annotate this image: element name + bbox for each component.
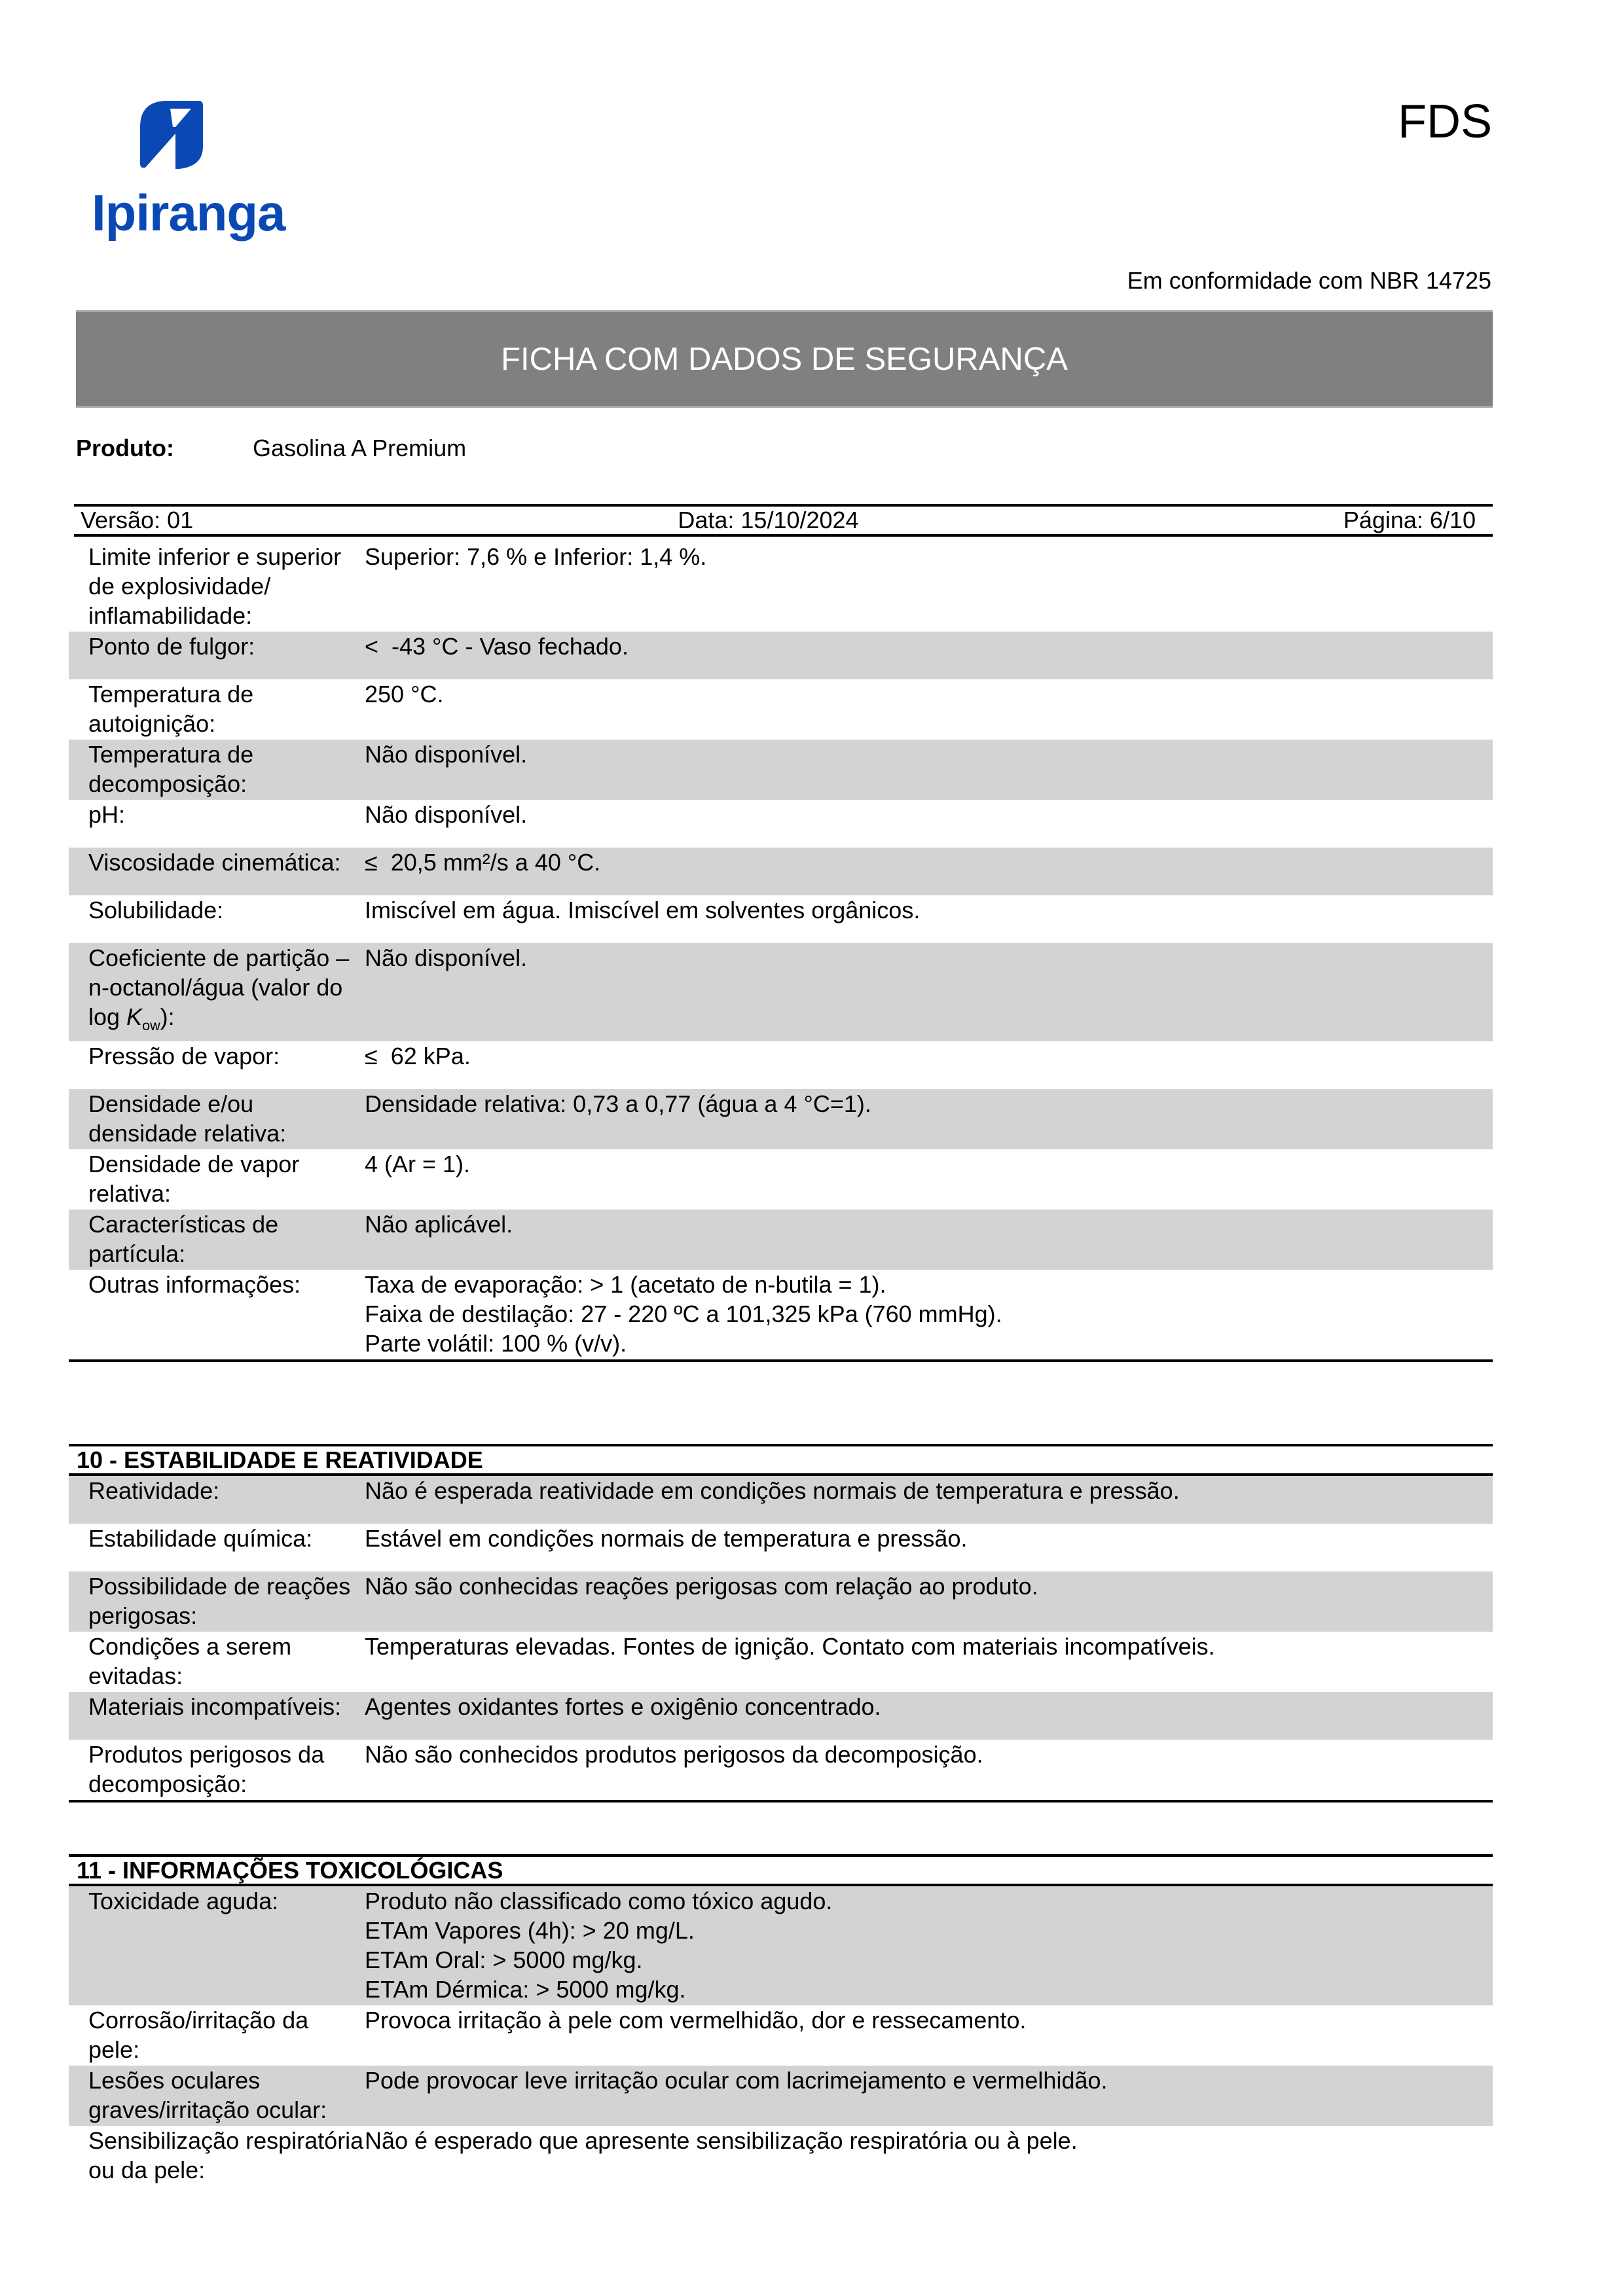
- property-label: Temperatura de autoignição:: [69, 679, 365, 738]
- property-label: Materiais incompatíveis:: [69, 1692, 365, 1721]
- property-value: ≤ 62 kPa.: [365, 1041, 1493, 1071]
- property-label: Lesões oculares graves/irritação ocular:: [69, 2066, 365, 2125]
- property-row: Densidade de vapor relativa:4 (Ar = 1).: [69, 1149, 1493, 1210]
- property-value: 4 (Ar = 1).: [365, 1149, 1493, 1208]
- property-label: Ponto de fulgor:: [69, 632, 365, 661]
- property-label: Produtos perigosos da decomposição:: [69, 1740, 365, 1799]
- property-row: Outras informações:Taxa de evaporação: >…: [69, 1270, 1493, 1359]
- property-value-line: Agentes oxidantes fortes e oxigênio conc…: [365, 1692, 1493, 1721]
- property-value: Taxa de evaporação: > 1 (acetato de n-bu…: [365, 1270, 1493, 1358]
- page-number: Página: 6/10: [1343, 507, 1476, 534]
- section-9-rows: Limite inferior e superior de explosivid…: [69, 542, 1493, 1362]
- property-value-line: Não é esperada reatividade em condições …: [365, 1476, 1493, 1505]
- property-row: Sensibilização respiratória ou da pele:N…: [69, 2126, 1493, 2186]
- property-value-line: ETAm Oral: > 5000 mg/kg.: [365, 1945, 1493, 1975]
- property-value-line: ≤ 20,5 mm²/s a 40 °C.: [365, 848, 1493, 877]
- property-value-line: Imiscível em água. Imiscível em solvente…: [365, 895, 1493, 925]
- property-value: Superior: 7,6 % e Inferior: 1,4 %.: [365, 542, 1493, 630]
- property-row: Reatividade:Não é esperada reatividade e…: [69, 1476, 1493, 1524]
- property-value-line: < -43 °C - Vaso fechado.: [365, 632, 1493, 661]
- ipiranga-logo: Ipiranga: [85, 98, 262, 249]
- property-value: Não são conhecidos produtos perigosos da…: [365, 1740, 1493, 1799]
- property-value: Não é esperado que apresente sensibiliza…: [365, 2126, 1493, 2185]
- property-row: Características de partícula:Não aplicáv…: [69, 1210, 1493, 1270]
- property-row: Possibilidade de reações perigosas:Não s…: [69, 1571, 1493, 1632]
- section-10-stability-reactivity: 10 - ESTABILIDADE E REATIVIDADE Reativid…: [69, 1444, 1493, 1803]
- property-label: Coeficiente de partição – n-octanol/água…: [69, 943, 365, 1040]
- property-value-line: Produto não classificado como tóxico agu…: [365, 1886, 1493, 1916]
- property-value-line: ETAm Dérmica: > 5000 mg/kg.: [365, 1975, 1493, 2004]
- property-row: Estabilidade química:Estável em condiçõe…: [69, 1524, 1493, 1571]
- property-label: Densidade e/ou densidade relativa:: [69, 1089, 365, 1148]
- property-label: Limite inferior e superior de explosivid…: [69, 542, 365, 630]
- property-label: Densidade de vapor relativa:: [69, 1149, 365, 1208]
- brand-name: Ipiranga: [92, 183, 285, 243]
- property-value-line: Faixa de destilação: 27 - 220 ºC a 101,3…: [365, 1299, 1493, 1329]
- product-value: Gasolina A Premium: [253, 435, 466, 461]
- property-label: Outras informações:: [69, 1270, 365, 1358]
- property-label: Toxicidade aguda:: [69, 1886, 365, 2004]
- property-value: ≤ 20,5 mm²/s a 40 °C.: [365, 848, 1493, 877]
- document-meta-bar: Versão: 01 Data: 15/10/2024 Página: 6/10: [74, 504, 1493, 537]
- property-row: Produtos perigosos da decomposição:Não s…: [69, 1740, 1493, 1800]
- property-row: Toxicidade aguda:Produto não classificad…: [69, 1886, 1493, 2005]
- property-label: Viscosidade cinemática:: [69, 848, 365, 877]
- product-label: Produto:: [76, 435, 253, 462]
- conformity-note: Em conformidade com NBR 14725: [1127, 267, 1491, 295]
- property-value-line: 4 (Ar = 1).: [365, 1149, 1493, 1179]
- section-11-title: 11 - INFORMAÇÕES TOXICOLÓGICAS: [69, 1854, 1493, 1886]
- property-label: Características de partícula:: [69, 1210, 365, 1268]
- property-row: Pressão de vapor:≤ 62 kPa.: [69, 1041, 1493, 1089]
- section-11-toxicological: 11 - INFORMAÇÕES TOXICOLÓGICAS Toxicidad…: [69, 1854, 1493, 2186]
- property-label: pH:: [69, 800, 365, 829]
- property-value: Não disponível.: [365, 800, 1493, 829]
- doc-code: FDS: [1398, 95, 1492, 149]
- property-value-line: ETAm Vapores (4h): > 20 mg/L.: [365, 1916, 1493, 1945]
- property-value-line: Não disponível.: [365, 943, 1493, 973]
- property-row: Ponto de fulgor:< -43 °C - Vaso fechado.: [69, 632, 1493, 679]
- property-value: Imiscível em água. Imiscível em solvente…: [365, 895, 1493, 925]
- product-line: Produto:Gasolina A Premium: [76, 435, 466, 462]
- property-value-line: Não disponível.: [365, 740, 1493, 769]
- property-value: Densidade relativa: 0,73 a 0,77 (água a …: [365, 1089, 1493, 1148]
- section-9-physical-chemical: Limite inferior e superior de explosivid…: [69, 542, 1493, 1362]
- property-value-line: ≤ 62 kPa.: [365, 1041, 1493, 1071]
- property-label: Possibilidade de reações perigosas:: [69, 1571, 365, 1630]
- property-value: Agentes oxidantes fortes e oxigênio conc…: [365, 1692, 1493, 1721]
- section-10-rows: Reatividade:Não é esperada reatividade e…: [69, 1476, 1493, 1803]
- property-label: Reatividade:: [69, 1476, 365, 1505]
- property-label: Sensibilização respiratória ou da pele:: [69, 2126, 365, 2185]
- property-value-line: Temperaturas elevadas. Fontes de ignição…: [365, 1632, 1493, 1661]
- property-row: Solubilidade:Imiscível em água. Imiscíve…: [69, 895, 1493, 943]
- property-value: Temperaturas elevadas. Fontes de ignição…: [365, 1632, 1493, 1691]
- property-value: Produto não classificado como tóxico agu…: [365, 1886, 1493, 2004]
- property-value-line: Parte volátil: 100 % (v/v).: [365, 1329, 1493, 1358]
- property-value: 250 °C.: [365, 679, 1493, 738]
- property-row: Condições a serem evitadas:Temperaturas …: [69, 1632, 1493, 1692]
- section-11-rows: Toxicidade aguda:Produto não classificad…: [69, 1886, 1493, 2186]
- property-label: Condições a serem evitadas:: [69, 1632, 365, 1691]
- property-label: Solubilidade:: [69, 895, 365, 925]
- property-value: Não é esperada reatividade em condições …: [365, 1476, 1493, 1505]
- property-row: Viscosidade cinemática:≤ 20,5 mm²/s a 40…: [69, 848, 1493, 895]
- property-row: Temperatura de decomposição:Não disponív…: [69, 740, 1493, 800]
- property-value-line: Não são conhecidas reações perigosas com…: [365, 1571, 1493, 1601]
- property-value: Não disponível.: [365, 740, 1493, 798]
- property-row: Limite inferior e superior de explosivid…: [69, 542, 1493, 632]
- property-value-line: Provoca irritação à pele com vermelhidão…: [365, 2005, 1493, 2035]
- property-value: Não são conhecidas reações perigosas com…: [365, 1571, 1493, 1630]
- property-value: Não disponível.: [365, 943, 1493, 1040]
- property-value: < -43 °C - Vaso fechado.: [365, 632, 1493, 661]
- property-label: Corrosão/irritação da pele:: [69, 2005, 365, 2064]
- version: Versão: 01: [81, 507, 193, 534]
- ipiranga-logo-mark-icon: [139, 101, 204, 169]
- document-title: FICHA COM DADOS DE SEGURANÇA: [501, 341, 1068, 378]
- property-label: Estabilidade química:: [69, 1524, 365, 1553]
- property-label: Pressão de vapor:: [69, 1041, 365, 1071]
- property-value-line: Estável em condições normais de temperat…: [365, 1524, 1493, 1553]
- property-value: Não aplicável.: [365, 1210, 1493, 1268]
- property-row: Materiais incompatíveis:Agentes oxidante…: [69, 1692, 1493, 1740]
- property-label: Temperatura de decomposição:: [69, 740, 365, 798]
- property-row: Coeficiente de partição – n-octanol/água…: [69, 943, 1493, 1041]
- property-value: Pode provocar leve irritação ocular com …: [365, 2066, 1493, 2125]
- document-title-banner: FICHA COM DADOS DE SEGURANÇA: [76, 310, 1493, 408]
- property-value-line: Densidade relativa: 0,73 a 0,77 (água a …: [365, 1089, 1493, 1119]
- property-value-line: 250 °C.: [365, 679, 1493, 709]
- property-value-line: Taxa de evaporação: > 1 (acetato de n-bu…: [365, 1270, 1493, 1299]
- property-value-line: Superior: 7,6 % e Inferior: 1,4 %.: [365, 542, 1493, 571]
- property-value-line: Não é esperado que apresente sensibiliza…: [365, 2126, 1493, 2155]
- property-value-line: Não disponível.: [365, 800, 1493, 829]
- property-row: pH:Não disponível.: [69, 800, 1493, 848]
- property-row: Temperatura de autoignição:250 °C.: [69, 679, 1493, 740]
- property-row: Lesões oculares graves/irritação ocular:…: [69, 2066, 1493, 2126]
- property-value-line: Não são conhecidos produtos perigosos da…: [365, 1740, 1493, 1769]
- property-value-line: Não aplicável.: [365, 1210, 1493, 1239]
- property-value: Provoca irritação à pele com vermelhidão…: [365, 2005, 1493, 2064]
- property-row: Densidade e/ou densidade relativa:Densid…: [69, 1089, 1493, 1149]
- date: Data: 15/10/2024: [678, 507, 858, 534]
- property-value: Estável em condições normais de temperat…: [365, 1524, 1493, 1553]
- property-value-line: Pode provocar leve irritação ocular com …: [365, 2066, 1493, 2095]
- section-10-title: 10 - ESTABILIDADE E REATIVIDADE: [69, 1444, 1493, 1476]
- property-row: Corrosão/irritação da pele:Provoca irrit…: [69, 2005, 1493, 2066]
